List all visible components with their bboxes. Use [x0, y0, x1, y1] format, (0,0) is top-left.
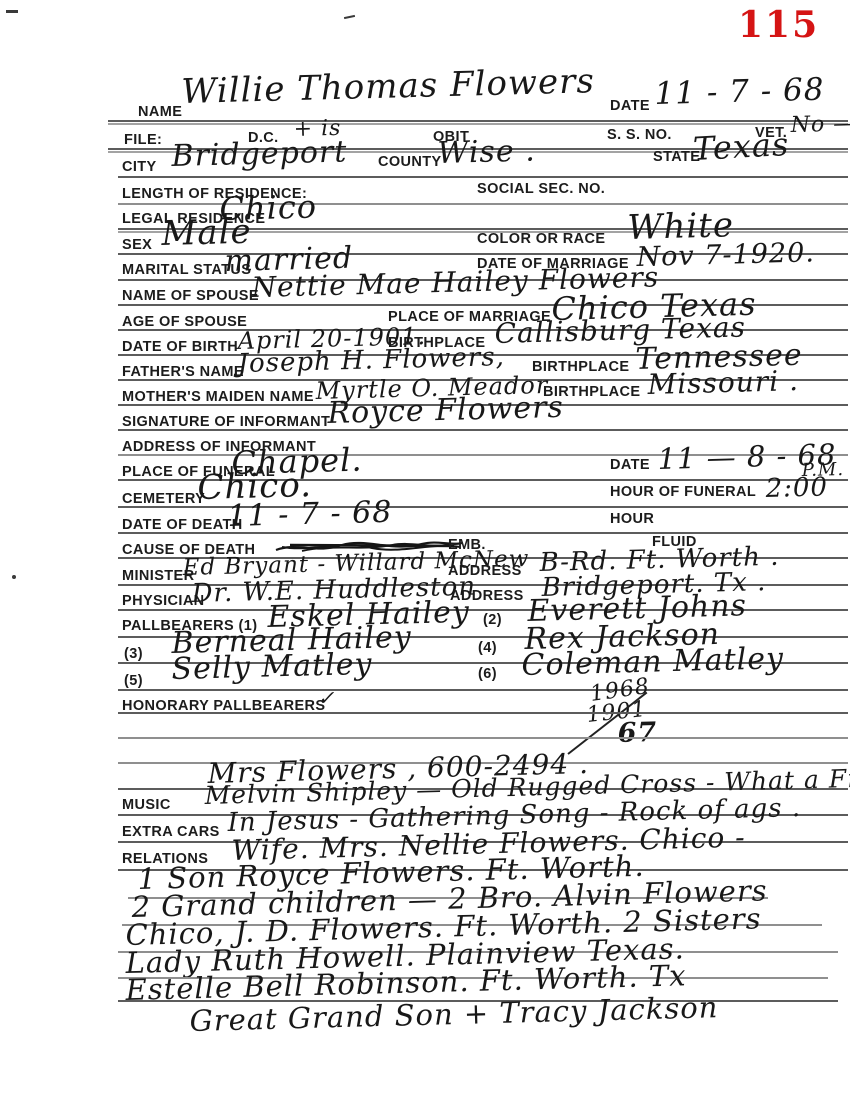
informant-signature-value: Royce Flowers: [327, 390, 564, 431]
social-sec-label: SOCIAL SEC. NO.: [477, 181, 605, 197]
extra-cars-label: EXTRA CARS: [122, 824, 220, 840]
pallbearer-5-label: (5): [124, 673, 143, 689]
math-scribble-result: 67: [617, 717, 657, 749]
birth-date-label: DATE OF BIRTH: [122, 339, 238, 355]
rule-line: [118, 532, 848, 534]
date-label: DATE: [610, 98, 650, 114]
hour-label: HOUR: [610, 511, 654, 527]
date-of-marriage-value: Nov 7-1920.: [636, 237, 815, 273]
county-value: Wise .: [437, 133, 536, 171]
scan-artifact: [344, 15, 355, 19]
rule-line: [108, 120, 848, 122]
date-value: 11 - 7 - 68: [654, 72, 825, 112]
name-label: NAME: [138, 104, 182, 120]
name-value: Willie Thomas Flowers: [181, 61, 595, 112]
rule-line: [118, 176, 848, 178]
scan-artifact: [6, 10, 18, 13]
race-label: COLOR OR RACE: [477, 231, 605, 247]
death-date-value: 11 - 7 - 68: [227, 495, 393, 534]
city-value: Bridgeport: [171, 134, 348, 174]
mother-birthplace-value: Missouri .: [647, 364, 799, 401]
rule-line: [118, 429, 848, 431]
page-number: 115: [738, 4, 819, 46]
funeral-hour-meridiem: P.M.: [801, 459, 844, 481]
spouse-label: NAME OF SPOUSE: [122, 288, 259, 304]
father-name-label: FATHER'S NAME: [122, 364, 244, 380]
informant-signature-label: SIGNATURE OF INFORMANT: [122, 414, 330, 430]
mother-name-label: MOTHER'S MAIDEN NAME: [122, 389, 314, 405]
pallbearer-3-label: (3): [124, 646, 143, 662]
pallbearer-5-value: Selly Matley: [171, 647, 373, 687]
death-date-label: DATE OF DEATH: [122, 517, 243, 533]
music-label: MUSIC: [122, 797, 171, 813]
spouse-age-label: AGE OF SPOUSE: [122, 314, 247, 330]
rule-line: [118, 737, 848, 739]
funeral-date-label: DATE: [610, 457, 650, 473]
pallbearer-2-label: (2): [483, 612, 502, 628]
cemetery-label: CEMETERY: [122, 491, 205, 507]
county-label: COUNTY: [378, 154, 442, 170]
pallbearer-6-label: (6): [478, 666, 497, 682]
sex-label: SEX: [122, 237, 152, 253]
scanned-funeral-record-page: 115 NAME Willie Thomas Flowers DATE 11 -…: [0, 0, 850, 1100]
pallbearer-6-value: Coleman Matley: [521, 641, 784, 683]
file-label: FILE:: [124, 132, 162, 148]
rule-line: [118, 689, 848, 691]
scan-artifact: [12, 575, 16, 579]
city-label: CITY: [122, 159, 157, 175]
state-value: Texas: [692, 125, 790, 168]
rule-line: [118, 712, 848, 714]
pallbearer-4-label: (4): [478, 640, 497, 656]
funeral-hour-label: HOUR OF FUNERAL: [610, 484, 756, 500]
ssn-label: S. S. NO.: [607, 127, 672, 143]
check-mark: ✓: [317, 686, 335, 710]
vet-value: No —: [790, 111, 850, 138]
